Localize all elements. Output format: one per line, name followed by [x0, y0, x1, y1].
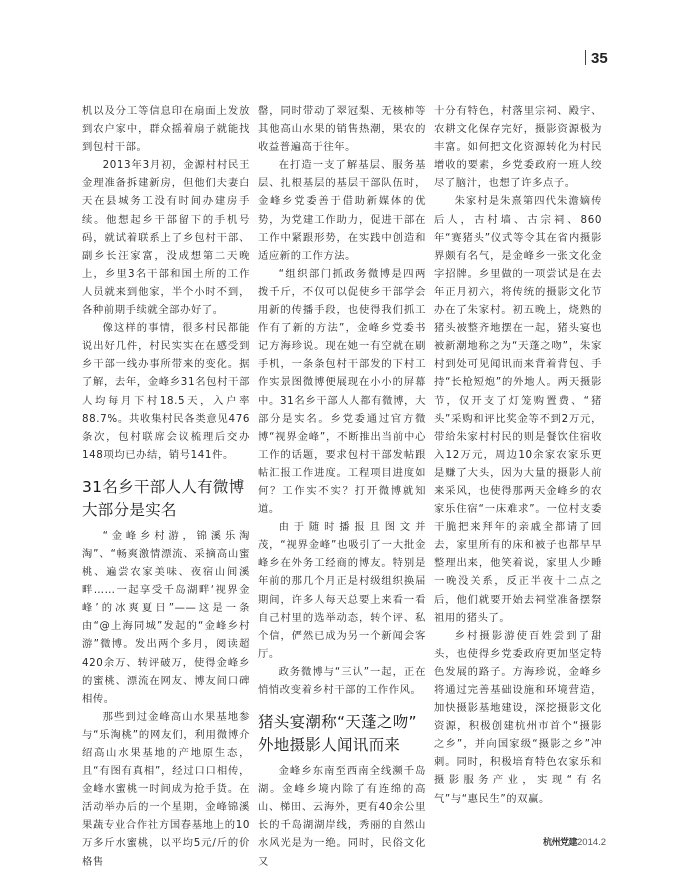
magazine-logo: 杭州党建 — [543, 837, 577, 847]
section-heading-line: 31名乡干部人人有微博 — [82, 476, 250, 499]
article-column-2: 罄，同时带动了翠冠梨、无核柿等其他高山水果的销售热潮，果农的收益普遍高于往年。在… — [258, 102, 426, 871]
article-paragraph: 十分有特色，村落里宗祠、殿宇、农耕文化保存完好，摄影资源极为丰富。如何把文化资源… — [434, 102, 602, 192]
section-heading-line: 大部分是实名 — [82, 499, 250, 522]
article-column-1: 机以及分工等信息印在扇面上发放到农户家中，群众摇着扇子就能找到包村干部。2013… — [82, 102, 250, 871]
article-paragraph: 政务微博与“三认”一起，正在悄悄改变着乡村干部的工作作风。 — [258, 663, 426, 699]
section-heading: 猪头宴潮称“天蓬之吻”外地摄影人闻讯而来 — [258, 711, 426, 757]
section-heading-line: 外地摄影人闻讯而来 — [258, 734, 426, 757]
article-paragraph: 罄，同时带动了翠冠梨、无核柿等其他高山水果的销售热潮，果农的收益普遍高于往年。 — [258, 102, 426, 156]
section-heading: 31名乡干部人人有微博大部分是实名 — [82, 476, 250, 522]
article-paragraph: 由于随时播报且图文并茂，“视界金峰”也吸引了一大批金峰乡在外务工经商的博友。特别… — [258, 518, 426, 663]
issue-number: 2014.2 — [577, 837, 606, 848]
article-paragraph: 像这样的事情，很多村民都能说出好几件，村民实实在在感受到乡干部一线办事所带来的变… — [82, 319, 250, 464]
article-paragraph: 金峰乡东南至西南全线濒千岛湖。金峰乡境内除了有连绵的高山、梯田、云海外，更有40… — [258, 762, 426, 871]
article-paragraph: 在打造一支了解基层、服务基层、扎根基层的基层干部队伍时，金峰乡党委善于借助新媒体… — [258, 156, 426, 265]
article-paragraph: 机以及分工等信息印在扇面上发放到农户家中，群众摇着扇子就能找到包村干部。 — [82, 102, 250, 156]
page-number-divider — [585, 50, 586, 65]
article-paragraph: 朱家村是朱熹第四代朱澹嫡传后人，古村墙、古宗祠、860年“赛猪头”仪式等令其在省… — [434, 192, 602, 626]
article-paragraph: 那些到过金峰高山水果基地参与“乐淘桃”的网友们，利用微博介绍高山水果基地的产地原… — [82, 708, 250, 871]
article-paragraph: 2013年3月初，金源村村民王金理准备拆建新房，但他们夫妻白天在县城务工没有时间… — [82, 156, 250, 319]
page-footer: 杭州党建2014.2 — [543, 835, 606, 848]
article-paragraph: “组织部门抓政务微博是四两拨千斤，不仅可以促使乡干部学会用新的传播手段，也使得我… — [258, 265, 426, 518]
article-paragraph: “金峰乡村游，锦溪乐淘淘”、“畅爽激情漂流、采摘高山蜜桃、遍尝农家美味、夜宿山间… — [82, 527, 250, 708]
page-number: 35 — [585, 50, 608, 67]
section-heading-line: 猪头宴潮称“天蓬之吻” — [258, 711, 426, 734]
article-column-3: 十分有特色，村落里宗祠、殿宇、农耕文化保存完好，摄影资源极为丰富。如何把文化资源… — [434, 102, 602, 808]
page-number-value: 35 — [591, 50, 608, 67]
article-paragraph: 乡村摄影游使百姓尝到了甜头，也使得乡党委政府更加坚定特色发展的路子。方海珍说，金… — [434, 627, 602, 808]
